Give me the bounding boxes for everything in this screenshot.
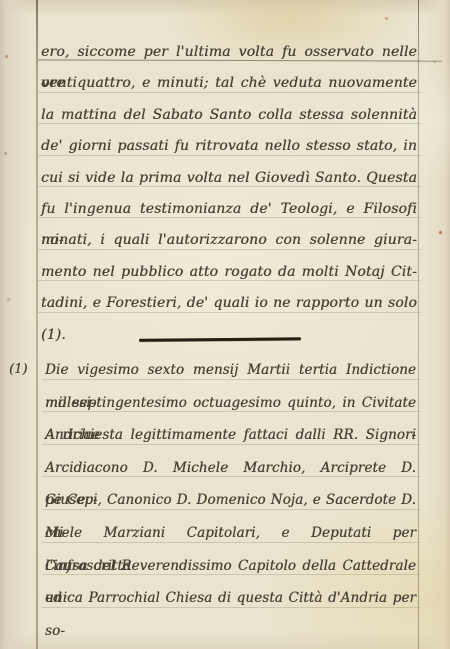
manuscript-page: ero, siccome per l'ultima volta fu osser… (0, 0, 450, 649)
manuscript-line: mento nel pubblico atto rogato da molti … (41, 257, 417, 288)
footnote-line: pe Ceci, Canonico D. Domenico Noja, e Sa… (45, 484, 416, 517)
manuscript-line: de' giorni passati fu ritrovata nello st… (41, 131, 417, 162)
paper-specks (5, 55, 8, 58)
footnote-block: Die vigesimo sexto mensij Martii tertia … (45, 354, 416, 615)
manuscript-line: minati, i quali l'autorizzarono con sole… (41, 225, 417, 256)
right-margin-rule (418, 0, 419, 649)
manuscript-line: fu l'ingenua testimonianza de' Teologi, … (41, 194, 417, 225)
footnote-line: Causa del Reverendissimo Capitolo della … (45, 550, 416, 583)
footnote-line: A richiesta legittimamente fattaci dalli… (45, 419, 416, 452)
manuscript-line: ero, siccome per l'ultima volta fu osser… (41, 37, 417, 68)
footnote-line: chele Marziani Capitolari, e Deputati pe… (45, 517, 416, 550)
footnote-line: mo septingentesimo octuagesimo quinto, i… (45, 387, 416, 420)
footnote-divider (139, 337, 301, 341)
manuscript-line: cui si vide la prima volta nel Giovedì S… (41, 163, 417, 194)
manuscript-line: la mattina del Sabato Santo colla stessa… (41, 100, 417, 131)
footnote-line: Die vigesimo sexto mensij Martii tertia … (45, 354, 416, 387)
main-text-block: ero, siccome per l'ultima volta fu osser… (41, 37, 417, 320)
footnote-marker: (1) (9, 354, 27, 387)
manuscript-line: tadini, e Forestieri, de' quali io ne ra… (41, 288, 417, 319)
manuscript-line: ventiquattro, e minuti; tal chè veduta n… (41, 68, 417, 99)
footnote-line: Arcidiacono D. Michele Marchio, Arcipret… (45, 452, 416, 485)
left-margin-rule (36, 0, 38, 649)
footnote-line: unica Parrochial Chiesa di questa Città … (45, 582, 416, 615)
